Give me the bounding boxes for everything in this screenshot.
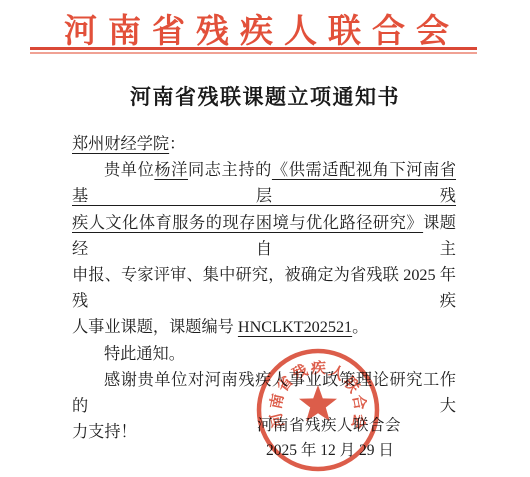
body-text: 申报、专家评审、集中研究，被确定为省残联 2025 年残疾	[72, 266, 456, 310]
body-line: 疾人文化体育服务的现存困境与优化路径研究》课题经自主	[72, 210, 456, 262]
letterhead-rule-thick	[30, 47, 477, 50]
document-title: 河南省残联课题立项通知书	[0, 81, 530, 111]
notice-document-page: 河南省残疾人联合会 河南省残联课题立项通知书 郑州财经学院：贵单位杨洋同志主持的…	[0, 0, 530, 477]
body-text: 贵单位	[104, 161, 154, 179]
underlined-text: 疾人文化体育服务的现存困境与优化路径研究》	[72, 214, 423, 232]
body-text: 人事业课题，课题编号	[72, 318, 238, 336]
notice-body: 郑州财经学院：贵单位杨洋同志主持的《供需适配视角下河南省基层残疾人文化体育服务的…	[72, 131, 456, 445]
underlined-text: 郑州财经学院	[72, 135, 169, 153]
body-line: 人事业课题，课题编号 HNCLKT202521。	[72, 314, 456, 340]
letterhead-org-name: 河南省残疾人联合会	[0, 5, 530, 52]
body-line: 特此通知。	[72, 341, 456, 367]
letterhead-rule-thin	[30, 52, 477, 54]
body-text: 。	[352, 318, 368, 336]
signature-org-name: 河南省残疾人联合会	[257, 413, 401, 435]
underlined-text: HNCLKT202521	[238, 318, 352, 336]
body-text: 力支持！	[72, 423, 137, 441]
signature-date: 2025 年 12 月 29 日	[266, 438, 394, 460]
body-text: 同志主持的	[188, 161, 272, 179]
letterhead-rule	[30, 47, 477, 54]
body-line: 贵单位杨洋同志主持的《供需适配视角下河南省基层残	[72, 157, 456, 209]
underlined-text: 杨洋	[154, 161, 188, 179]
body-line: 郑州财经学院：	[72, 131, 456, 157]
body-text: 特此通知。	[104, 345, 185, 363]
body-text: 感谢贵单位对河南残疾人事业政策理论研究工作的大	[72, 371, 456, 415]
body-line: 感谢贵单位对河南残疾人事业政策理论研究工作的大	[72, 367, 456, 419]
body-text: ：	[169, 135, 185, 153]
body-line: 申报、专家评审、集中研究，被确定为省残联 2025 年残疾	[72, 262, 456, 314]
